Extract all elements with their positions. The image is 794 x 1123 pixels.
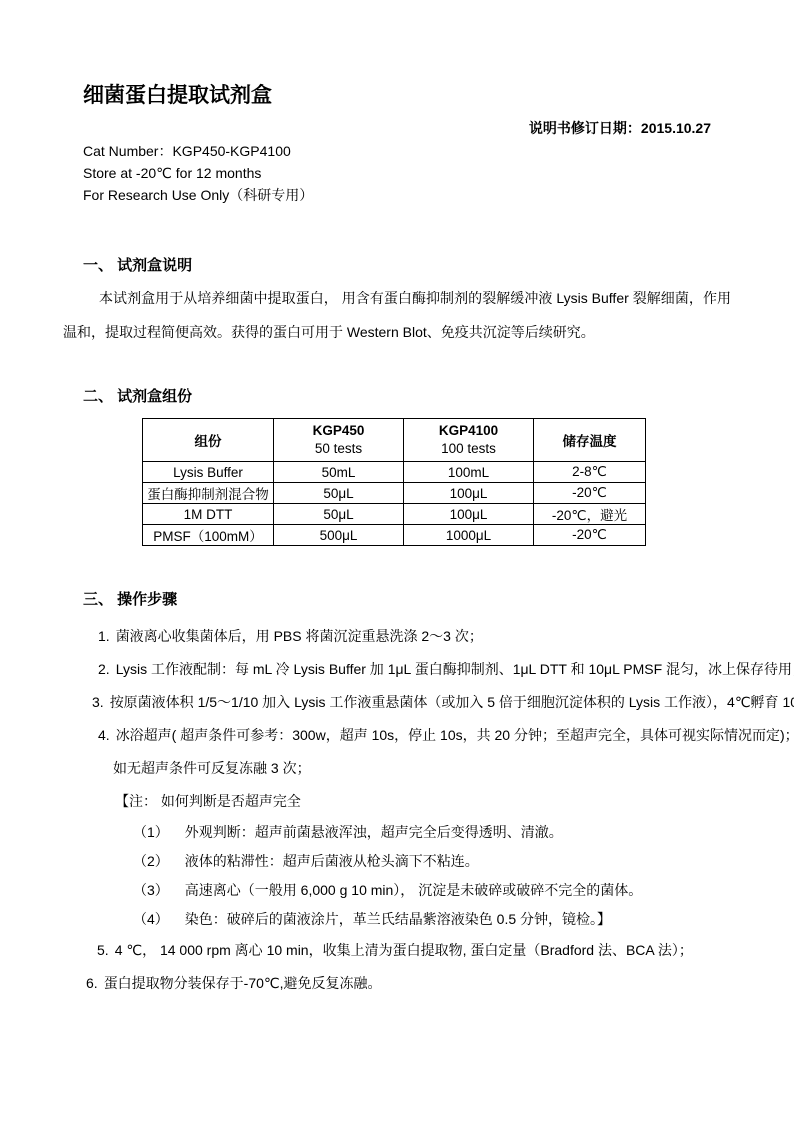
step-4-number: 4. bbox=[98, 727, 110, 743]
cell-kgp450: 500μL bbox=[274, 525, 404, 546]
step-2: 2.Lysis 工作液配制：每 mL 冷 Lysis Buffer 加 1μL … bbox=[0, 653, 794, 686]
step-5: 5.4 ℃， 14 000 rpm 离心 10 min，收集上清为蛋白提取物, … bbox=[0, 934, 794, 967]
section1-description: 本试剂盒用于从培养细菌中提取蛋白， 用含有蛋白酶抑制剂的裂解缓冲液 Lysis … bbox=[63, 281, 731, 349]
cell-kgp4100: 100μL bbox=[404, 483, 534, 504]
note-item-3-number: （3） bbox=[133, 882, 169, 898]
cell-kgp450: 50μL bbox=[274, 504, 404, 525]
cell-kgp4100: 1000μL bbox=[404, 525, 534, 546]
document-page: 细菌蛋白提取试剂盒 说明书修订日期：2015.10.27 Cat Number：… bbox=[0, 0, 794, 1123]
header-kgp4100-catalog: KGP4100 bbox=[404, 422, 533, 440]
note-header: 【注： 如何判断是否超声完全 bbox=[0, 785, 794, 818]
step-3-number: 3. bbox=[92, 694, 104, 710]
note-item-3: （3）高速离心（一般用 6,000 g 10 min）， 沉淀是未破碎或破碎不完… bbox=[0, 876, 794, 905]
procedure-steps: 1.菌液离心收集菌体后，用 PBS 将菌沉淀重悬洗涤 2～3 次； 2.Lysi… bbox=[0, 620, 794, 1000]
step-5-text: 4 ℃， 14 000 rpm 离心 10 min，收集上清为蛋白提取物, 蛋白… bbox=[115, 942, 693, 958]
step-6-text: 蛋白提取物分装保存于-70℃,避免反复冻融。 bbox=[104, 975, 382, 991]
header-kgp4100-tests: 100 tests bbox=[404, 440, 533, 458]
table-row: Lysis Buffer 50mL 100mL 2-8℃ bbox=[143, 462, 646, 483]
note-item-4: （4）染色：破碎后的菌液涂片，革兰氏结晶紫溶液染色 0.5 分钟，镜检。】 bbox=[0, 905, 794, 934]
header-component: 组份 bbox=[143, 419, 274, 462]
storage-condition: Store at -20℃ for 12 months bbox=[83, 162, 794, 184]
note-item-4-text: 染色：破碎后的菌液涂片，革兰氏结晶紫溶液染色 0.5 分钟，镜检。】 bbox=[185, 911, 611, 927]
step-2-text: Lysis 工作液配制：每 mL 冷 Lysis Buffer 加 1μL 蛋白… bbox=[116, 661, 794, 677]
note-item-1: （1）外观判断：超声前菌悬液浑浊，超声完全后变得透明、清澈。 bbox=[0, 818, 794, 847]
note-item-4-number: （4） bbox=[133, 911, 169, 927]
cell-component: PMSF（100mM） bbox=[143, 525, 274, 546]
step-4: 4.冰浴超声( 超声条件可参考：300w，超声 10s，停止 10s，共 20 … bbox=[0, 719, 794, 752]
step-3: 3.按原菌液体积 1/5～1/10 加入 Lysis 工作液重悬菌体（或加入 5… bbox=[0, 686, 794, 719]
components-table: 组份 KGP450 50 tests KGP4100 100 tests 储存温… bbox=[142, 418, 646, 546]
header-kgp450: KGP450 50 tests bbox=[274, 419, 404, 462]
step-3-text: 按原菌液体积 1/5～1/10 加入 Lysis 工作液重悬菌体（或加入 5 倍… bbox=[110, 694, 794, 710]
step-1: 1.菌液离心收集菌体后，用 PBS 将菌沉淀重悬洗涤 2～3 次； bbox=[0, 620, 794, 653]
research-use-notice: For Research Use Only（科研专用） bbox=[83, 184, 794, 206]
cell-component: 1M DTT bbox=[143, 504, 274, 525]
section1-heading: 一、 试剂盒说明 bbox=[83, 256, 794, 276]
header-kgp4100: KGP4100 100 tests bbox=[404, 419, 534, 462]
table-row: 蛋白酶抑制剂混合物 50μL 100μL -20℃ bbox=[143, 483, 646, 504]
header-storage-temp: 储存温度 bbox=[534, 419, 646, 462]
step-5-number: 5. bbox=[97, 942, 109, 958]
cell-kgp4100: 100mL bbox=[404, 462, 534, 483]
product-info-block: Cat Number：KGP450-KGP4100 Store at -20℃ … bbox=[83, 140, 794, 206]
step-1-number: 1. bbox=[98, 628, 110, 644]
step-6: 6.蛋白提取物分装保存于-70℃,避免反复冻融。 bbox=[0, 967, 794, 1000]
cell-storage: -20℃ bbox=[534, 483, 646, 504]
section3-heading: 三、 操作步骤 bbox=[83, 590, 794, 610]
step-1-text: 菌液离心收集菌体后，用 PBS 将菌沉淀重悬洗涤 2～3 次； bbox=[116, 628, 483, 644]
document-title: 细菌蛋白提取试剂盒 bbox=[83, 0, 794, 107]
cell-kgp450: 50μL bbox=[274, 483, 404, 504]
step-6-number: 6. bbox=[86, 975, 98, 991]
section2-heading: 二、 试剂盒组份 bbox=[83, 387, 794, 407]
step-4-text: 冰浴超声( 超声条件可参考：300w，超声 10s，停止 10s，共 20 分钟… bbox=[116, 727, 794, 743]
note-item-1-text: 外观判断：超声前菌悬液浑浊，超声完全后变得透明、清澈。 bbox=[185, 824, 563, 840]
cell-storage: -20℃ bbox=[534, 525, 646, 546]
step-4-continuation: 如无超声条件可反复冻融 3 次； bbox=[0, 752, 794, 785]
cell-component: 蛋白酶抑制剂混合物 bbox=[143, 483, 274, 504]
catalog-number: Cat Number：KGP450-KGP4100 bbox=[83, 140, 794, 162]
step-2-number: 2. bbox=[98, 661, 110, 677]
note-item-2-text: 液体的粘滞性：超声后菌液从枪头滴下不粘连。 bbox=[185, 853, 479, 869]
header-kgp450-catalog: KGP450 bbox=[274, 422, 403, 440]
cell-kgp4100: 100μL bbox=[404, 504, 534, 525]
note-item-1-number: （1） bbox=[133, 824, 169, 840]
cell-storage: -20℃，避光 bbox=[534, 504, 646, 525]
table-header-row: 组份 KGP450 50 tests KGP4100 100 tests 储存温… bbox=[143, 419, 646, 462]
cell-storage: 2-8℃ bbox=[534, 462, 646, 483]
revision-date: 说明书修订日期：2015.10.27 bbox=[0, 118, 711, 138]
table-row: 1M DTT 50μL 100μL -20℃，避光 bbox=[143, 504, 646, 525]
cell-component: Lysis Buffer bbox=[143, 462, 274, 483]
note-item-2-number: （2） bbox=[133, 853, 169, 869]
cell-kgp450: 50mL bbox=[274, 462, 404, 483]
header-kgp450-tests: 50 tests bbox=[274, 440, 403, 458]
table-row: PMSF（100mM） 500μL 1000μL -20℃ bbox=[143, 525, 646, 546]
note-item-2: （2）液体的粘滞性：超声后菌液从枪头滴下不粘连。 bbox=[0, 847, 794, 876]
note-item-3-text: 高速离心（一般用 6,000 g 10 min）， 沉淀是未破碎或破碎不完全的菌… bbox=[185, 882, 642, 898]
